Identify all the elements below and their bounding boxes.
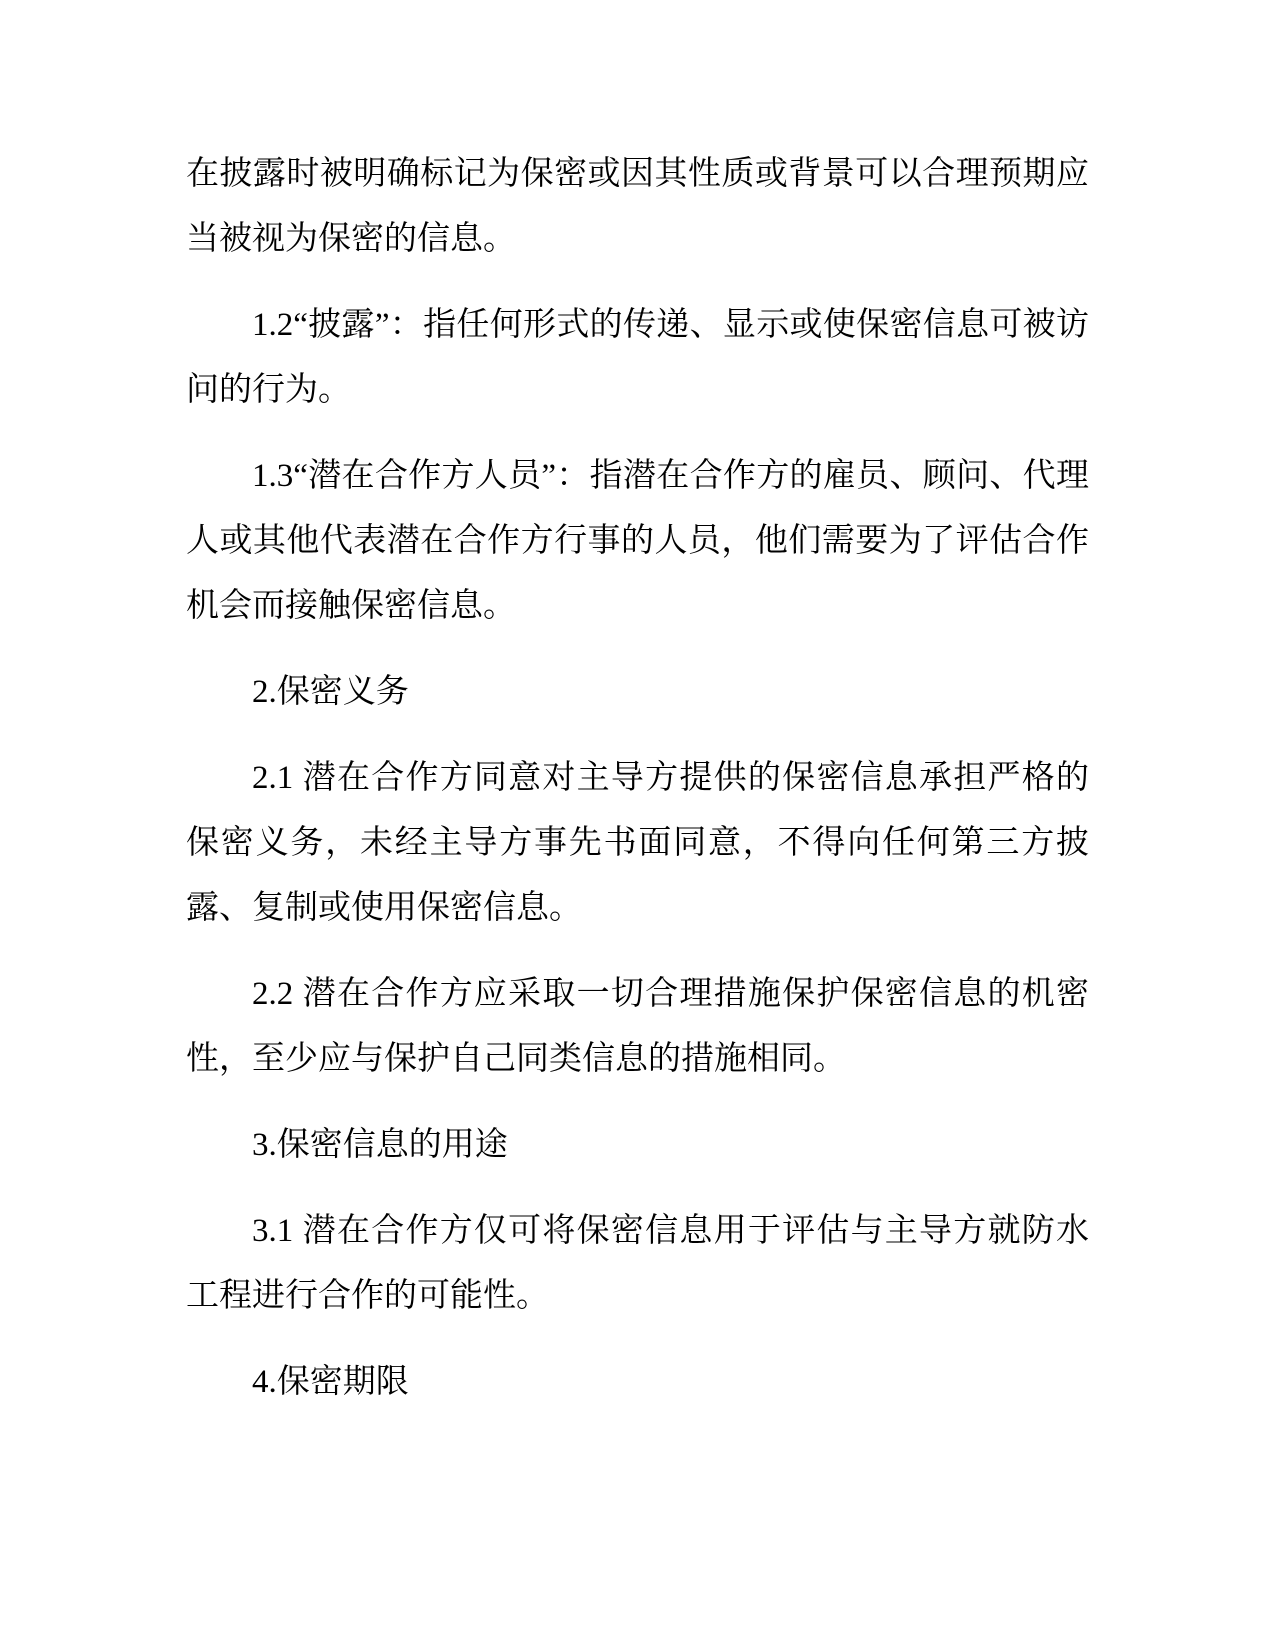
clause-2-2: 2.2 潜在合作方应采取一切合理措施保护保密信息的机密性，至少应与保护自己同类信…	[186, 962, 1089, 1092]
document-body: 在披露时被明确标记为保密或因其性质或背景可以合理预期应当被视为保密的信息。1.2…	[186, 142, 1089, 1415]
section-2-heading: 2.保密义务	[186, 660, 1089, 725]
document-page: 在披露时被明确标记为保密或因其性质或背景可以合理预期应当被视为保密的信息。1.2…	[0, 0, 1275, 1650]
clause-1-3: 1.3“潜在合作方人员”：指潜在合作方的雇员、顾问、代理人或其他代表潜在合作方行…	[186, 444, 1089, 639]
section-3-heading: 3.保密信息的用途	[186, 1113, 1089, 1178]
clause-1-1-continuation: 在披露时被明确标记为保密或因其性质或背景可以合理预期应当被视为保密的信息。	[186, 142, 1089, 272]
clause-2-1: 2.1 潜在合作方同意对主导方提供的保密信息承担严格的保密义务，未经主导方事先书…	[186, 746, 1089, 941]
clause-3-1: 3.1 潜在合作方仅可将保密信息用于评估与主导方就防水工程进行合作的可能性。	[186, 1199, 1089, 1329]
section-4-heading: 4.保密期限	[186, 1350, 1089, 1415]
clause-1-2: 1.2“披露”：指任何形式的传递、显示或使保密信息可被访问的行为。	[186, 293, 1089, 423]
